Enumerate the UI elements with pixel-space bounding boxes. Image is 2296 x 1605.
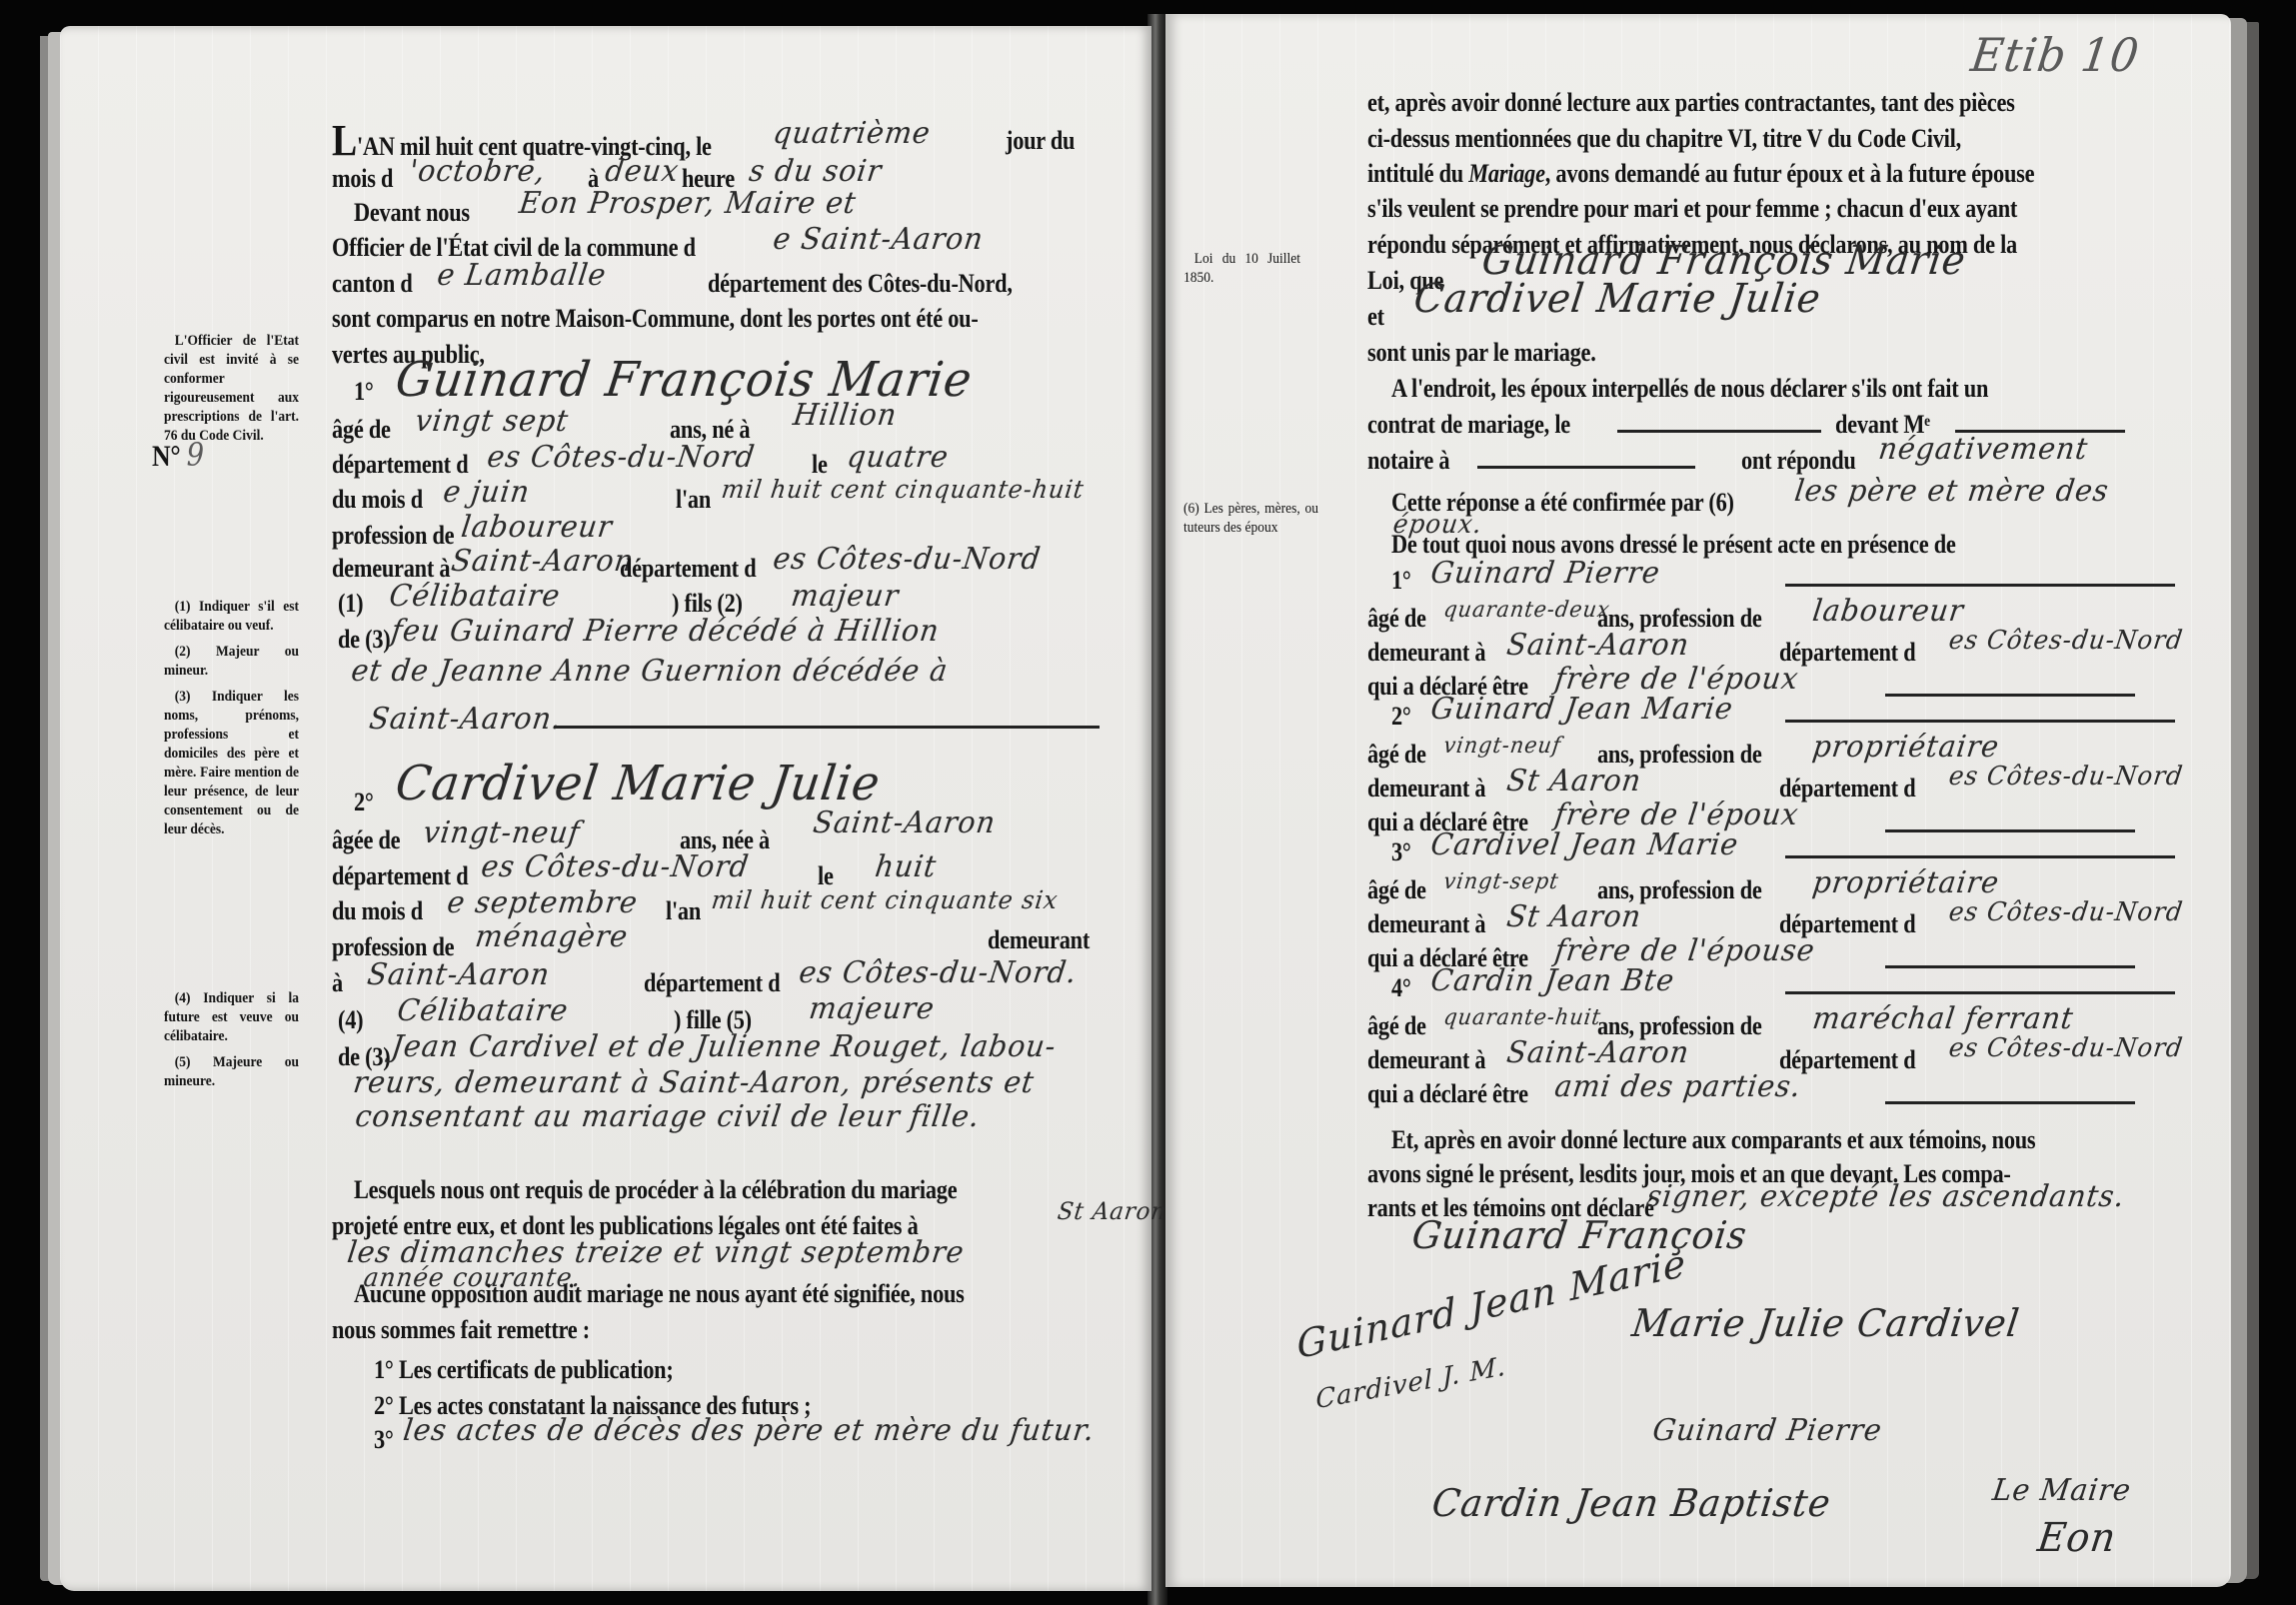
declaration-line-4: s'ils veulent se prendre pour mari et po… xyxy=(1367,194,2017,224)
fill-rule xyxy=(1885,1101,2135,1104)
label-year-f: l'an xyxy=(666,896,701,926)
label-witness-age: âgé de xyxy=(1367,875,1426,905)
label-residence-f: demeurant xyxy=(988,925,1090,955)
closing-line-1: Et, après en avoir donné lecture aux com… xyxy=(1391,1125,2035,1155)
left-page: L'Officier de l'Etat civil est invité à … xyxy=(60,26,1151,1591)
label-devant-nous: Devant nous xyxy=(354,198,470,228)
label-witness-residence: demeurant à xyxy=(1367,638,1485,668)
witness-residence: Saint-Aaron xyxy=(1504,628,1691,663)
bride-res-dept: es Côtes-du-Nord. xyxy=(797,955,1079,990)
groom-parents-2: et de Jeanne Anne Guernion décédée à xyxy=(349,654,950,689)
witness-dept: es Côtes-du-Nord xyxy=(1947,1033,2185,1063)
margin-note-6: (6) Les pères, mères, ou tuteurs des épo… xyxy=(1183,500,1318,545)
label-month-f: du mois d xyxy=(332,896,423,926)
witness-profession: maréchal ferrant xyxy=(1810,1001,2075,1036)
label-witness-age: âgé de xyxy=(1367,1011,1426,1041)
label-et: et xyxy=(1367,302,1384,332)
declared-bride: Cardivel Marie Julie xyxy=(1411,276,1824,322)
groom-birth-day: quatre xyxy=(845,440,951,475)
fill-rule xyxy=(554,726,1100,729)
groom-res-dept: es Côtes-du-Nord xyxy=(771,542,1043,577)
bride-profession: ménagère xyxy=(473,919,630,954)
day-handwritten: quatrième xyxy=(771,116,933,151)
groom-age: vingt sept xyxy=(413,404,571,439)
label-witness-residence: demeurant à xyxy=(1367,1045,1485,1075)
fill-rule xyxy=(1885,965,2135,968)
notary-place-blank xyxy=(1477,466,1695,469)
right-page: Etib 10 Loi du 10 Juillet 1850. (6) Les … xyxy=(1165,14,2231,1587)
commune-handwritten: e Saint-Aaron xyxy=(771,222,986,257)
witness-dept: es Côtes-du-Nord xyxy=(1947,762,2185,792)
document-3: les actes de décès des père et mère du f… xyxy=(401,1413,1097,1448)
bride-status: Célibataire xyxy=(395,993,570,1028)
signature-witness-2: Guinard Jean Marie xyxy=(1295,1240,1687,1367)
hour-handwritten: deux xyxy=(603,154,681,189)
margin-note-officer: L'Officier de l'Etat civil est invité à … xyxy=(164,332,299,453)
witness-name: Cardin Jean Bte xyxy=(1428,963,1676,998)
groom-profession: laboureur xyxy=(459,510,615,545)
witness-age: vingt-neuf xyxy=(1442,734,1563,759)
label-month: du mois d xyxy=(332,485,423,515)
groom-birth-dept: es Côtes-du-Nord xyxy=(485,440,757,475)
witness-profession: propriétaire xyxy=(1810,730,2001,765)
document-1: 1° Les certificats de publication; xyxy=(374,1355,674,1385)
bride-birth-month: e septembre xyxy=(445,885,640,920)
label-a-f: à xyxy=(332,968,343,998)
folio-number: Etib 10 xyxy=(1968,28,2143,82)
contract-label-repondu: ont répondu xyxy=(1741,446,1856,476)
groom-status: Célibataire xyxy=(387,579,562,614)
margin-note-law: Loi du 10 Juillet 1850. xyxy=(1183,250,1300,295)
witness-name: Cardivel Jean Marie xyxy=(1428,827,1740,862)
bride-birth-dept: es Côtes-du-Nord xyxy=(479,849,751,884)
label-profession: profession de xyxy=(332,521,454,551)
month-handwritten: 'octobre, xyxy=(407,154,548,189)
label-res-dept: département d xyxy=(620,554,756,584)
witness-age: vingt-sept xyxy=(1442,869,1561,894)
witness-residence: St Aaron xyxy=(1504,764,1643,799)
bride-parents-3: consentant au mariage civil de leur fill… xyxy=(353,1099,982,1134)
publications-place: St Aaron xyxy=(1056,1197,1168,1225)
witness-dept: es Côtes-du-Nord xyxy=(1947,897,2185,927)
officer-handwritten: Eon Prosper, Maire et xyxy=(517,186,858,221)
signature-witness-1: Guinard Pierre xyxy=(1650,1413,1884,1448)
publications-line-6: nous sommes fait remettre : xyxy=(332,1315,590,1345)
contract-line-1: A l'endroit, les époux interpellés de no… xyxy=(1391,374,1988,404)
declaration-line-8: sont unis par le mariage. xyxy=(1367,338,1596,368)
fill-rule xyxy=(1785,855,2175,858)
witness-age: quarante-deux xyxy=(1442,598,1612,623)
label-witness-residence: demeurant à xyxy=(1367,774,1485,803)
contract-label-notaire: notaire à xyxy=(1367,446,1449,476)
witness-profession: propriétaire xyxy=(1810,865,2001,900)
fill-rule xyxy=(1785,584,2175,587)
label-witness-residence: demeurant à xyxy=(1367,909,1485,939)
signature-bride: Marie Julie Cardivel xyxy=(1629,1301,2022,1345)
groom-residence: Saint-Aaron xyxy=(449,544,636,579)
signature-mayor: Eon xyxy=(2035,1515,2119,1561)
canton-handwritten: e Lamballe xyxy=(435,258,608,293)
signature-witness-4: Cardin Jean Baptiste xyxy=(1429,1481,1833,1525)
document-3-number: 3° xyxy=(374,1425,394,1455)
bride-majority: majeure xyxy=(807,991,937,1026)
groom-parents-3: Saint-Aaron. xyxy=(367,702,564,737)
witness-number: 2° xyxy=(1391,702,1411,732)
witness-number: 4° xyxy=(1391,973,1411,1003)
label-age-f: âgée de xyxy=(332,825,400,855)
witness-name: Guinard Pierre xyxy=(1428,556,1662,591)
witness-age: quarante-huit xyxy=(1442,1005,1603,1030)
fill-rule xyxy=(1885,694,2135,697)
fill-rule xyxy=(1785,991,2175,994)
publications-line-5: Aucune opposition audit mariage ne nous … xyxy=(354,1279,965,1309)
label-age: âgé de xyxy=(332,415,391,445)
label-dept-f: département d xyxy=(332,861,468,891)
witness-name: Guinard Jean Marie xyxy=(1428,692,1735,727)
contract-label-le: contrat de mariage, le xyxy=(1367,410,1570,440)
label-departement: département des Côtes-du-Nord, xyxy=(708,269,1013,299)
label-witness-age: âgé de xyxy=(1367,604,1426,634)
label-res-dept-f: département d xyxy=(644,968,780,998)
groom-parents-1: feu Guinard Pierre décédé à Hillion xyxy=(389,614,942,649)
witness-number: 1° xyxy=(1391,566,1411,596)
groom-birthplace: Hillion xyxy=(791,398,899,433)
contract-confirmed-by: les père et mère des xyxy=(1792,474,2111,509)
declaration-line-1: et, après avoir donné lecture aux partie… xyxy=(1367,88,2015,118)
bride-birth-year: mil huit cent cinquante six xyxy=(710,885,1060,914)
fill-rule xyxy=(1785,720,2175,723)
signature-groom: Guinard François xyxy=(1409,1213,1749,1257)
label-status: (1) xyxy=(338,589,363,619)
bride-residence: Saint-Aaron xyxy=(365,957,552,992)
label-parents: de (3) xyxy=(338,625,390,655)
closing-declared: signer, excepté les ascendants. xyxy=(1644,1179,2127,1214)
intro-line-1-end: jour du xyxy=(1006,126,1075,156)
bride-parents-1: Jean Cardivel et de Julienne Rouget, lab… xyxy=(389,1029,1058,1064)
margin-notes-groom: (1) Indiquer s'il est célibataire ou veu… xyxy=(164,598,299,846)
bride-age: vingt-neuf xyxy=(421,815,582,850)
intro-line-6: sont comparus en notre Maison-Commune, d… xyxy=(332,304,979,334)
label-witness-age: âgé de xyxy=(1367,740,1426,770)
groom-number: 1° xyxy=(354,377,374,407)
contract-date-blank xyxy=(1617,430,1821,433)
label-witness-relation: qui a déclaré être xyxy=(1367,1079,1528,1109)
contract-answer: négativement xyxy=(1876,432,2090,467)
witness-number: 3° xyxy=(1391,837,1411,867)
time-handwritten: s du soir xyxy=(747,154,884,189)
groom-birth-year: mil huit cent cinquante-huit xyxy=(720,475,1086,504)
witness-relation: ami des parties. xyxy=(1552,1069,1803,1104)
mayor-title: Le Maire xyxy=(1990,1473,2133,1508)
act-number: N° 9 xyxy=(152,436,205,474)
publications-line-1: Lesquels nous ont requis de procéder à l… xyxy=(354,1175,957,1205)
groom-majority: majeur xyxy=(789,579,901,614)
bride-birthplace: Saint-Aaron xyxy=(811,805,998,840)
bride-name: Cardivel Marie Julie xyxy=(393,756,885,811)
bride-birth-day: huit xyxy=(873,849,939,884)
witness-dept: es Côtes-du-Nord xyxy=(1947,626,2185,656)
groom-birth-month: e juin xyxy=(441,475,532,510)
declaration-line-2: ci-dessus mentionnées que du chapitre VI… xyxy=(1367,124,1961,154)
bride-parents-2: reurs, demeurant à Saint-Aaron, présents… xyxy=(351,1065,1037,1100)
declaration-line-3: intitulé du Mariage, avons demandé au fu… xyxy=(1367,159,2034,189)
bride-number: 2° xyxy=(354,788,374,817)
label-year: l'an xyxy=(676,485,711,515)
intro-line-2: mois d xyxy=(332,164,393,194)
witness-profession: laboureur xyxy=(1810,594,1966,629)
witness-residence: Saint-Aaron xyxy=(1504,1035,1691,1070)
signature-witness-3: Cardivel J. M. xyxy=(1315,1351,1506,1415)
label-status-f: (4) xyxy=(338,1005,363,1035)
fill-rule xyxy=(1885,829,2135,832)
label-canton: canton d xyxy=(332,269,413,299)
margin-notes-bride: (4) Indiquer si la future est veuve ou c… xyxy=(164,989,299,1098)
witness-residence: St Aaron xyxy=(1504,899,1643,934)
